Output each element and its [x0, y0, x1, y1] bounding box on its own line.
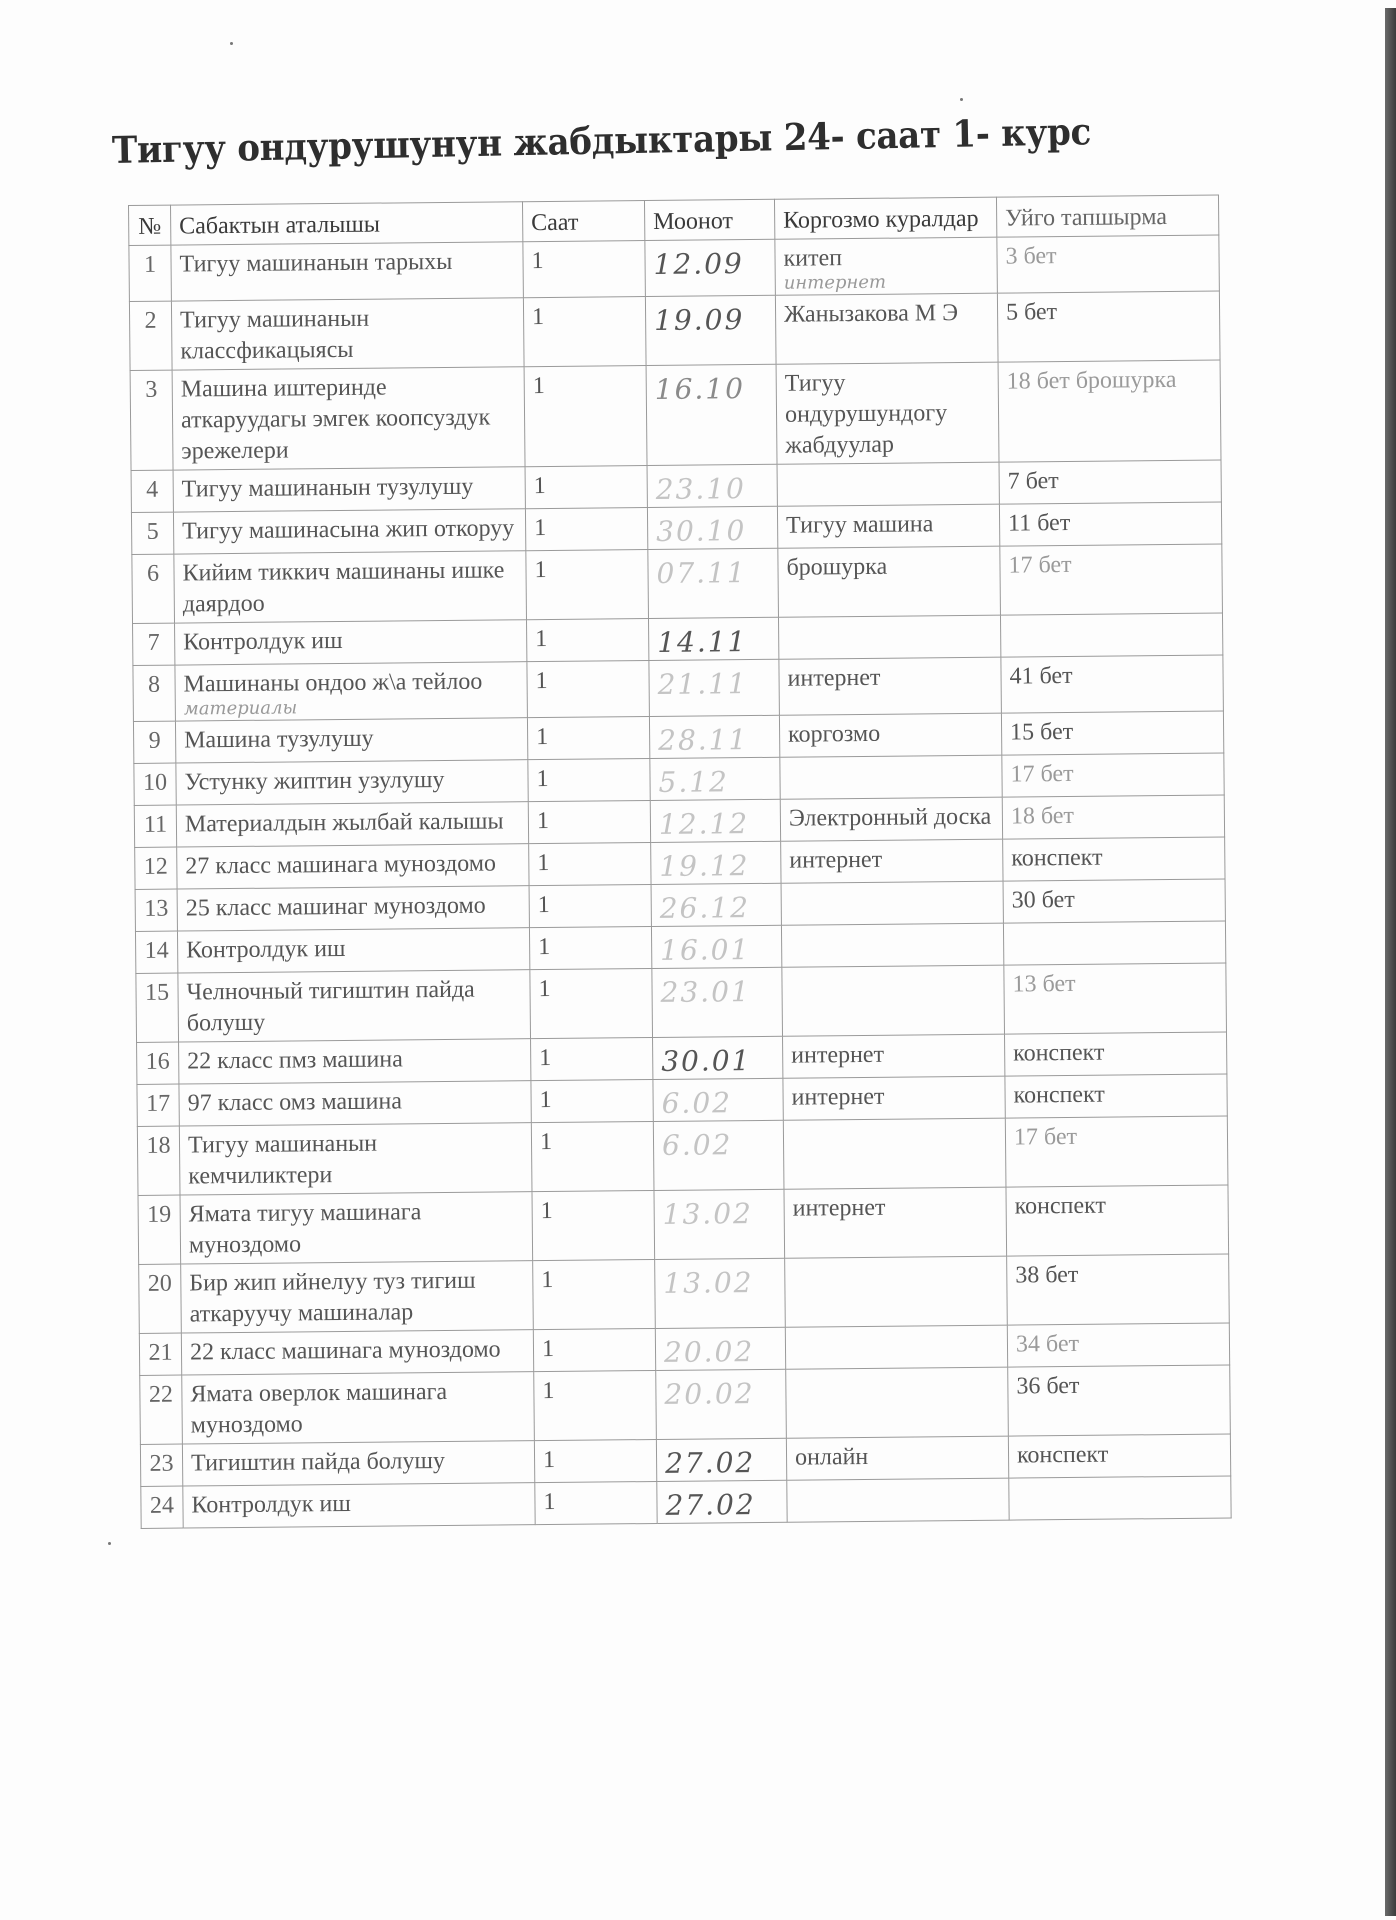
row-number-text: 2 [144, 308, 156, 334]
homework: 11 бет [999, 502, 1221, 546]
homework: 13 бет [1004, 963, 1227, 1034]
visual-aids-text: китеп [783, 245, 842, 272]
header-visual-aids: Коргозмо куралдар [774, 197, 996, 239]
lesson-title: Тигуу машинанын тарыхы [171, 242, 524, 301]
homework: 41 бет [1001, 655, 1224, 713]
lesson-title: Ямата тигуу машинага муноздомо [180, 1192, 533, 1264]
homework: 7 бет [999, 460, 1221, 504]
homework-text: конспект [1015, 1193, 1107, 1220]
homework: 3 бет [997, 235, 1220, 293]
row-number: 18 [137, 1126, 180, 1195]
lesson-hours: 1 [534, 1439, 656, 1482]
row-number: 5 [131, 512, 173, 554]
homework-text: 3 бет [1005, 243, 1056, 269]
visual-aids [786, 1367, 1009, 1438]
lesson-hours-text: 1 [536, 724, 548, 750]
lesson-hours: 1 [528, 801, 650, 844]
visual-aids-text: Жанызакова М Э [784, 300, 958, 328]
homework: 5 бет [997, 291, 1220, 362]
lesson-title: Ямата оверлок машинага муноздомо [182, 1372, 535, 1444]
row-number-text: 3 [145, 377, 157, 403]
visual-aids: интернет [784, 1187, 1007, 1258]
lesson-hours-text: 1 [543, 1447, 555, 1473]
lesson-title: 25 класс машинаг муноздомо [177, 886, 529, 931]
row-number: 8 [133, 665, 176, 721]
lesson-hours-text: 1 [532, 304, 544, 330]
visual-aids-text: интернет [789, 847, 882, 874]
visual-aids: коргозмо [779, 713, 1001, 757]
lesson-title: Кийим тиккич машинаны ишке даярдоо [174, 551, 527, 623]
lesson-title: Контролдук иш [183, 1483, 535, 1528]
scan-speck [230, 42, 233, 45]
homework [1009, 1476, 1231, 1520]
homework-text: 13 бет [1012, 971, 1075, 998]
homework [1003, 921, 1225, 965]
visual-aids: Тигуу ондурушундогу жабдуулар [776, 362, 999, 464]
lesson-hours-text: 1 [535, 626, 547, 652]
homework-text: 18 бет брошурка [1007, 367, 1177, 395]
lesson-hours: 1 [529, 885, 651, 928]
homework-text: 34 бет [1016, 1331, 1079, 1358]
row-number-text: 6 [147, 561, 159, 587]
homework-text: 7 бет [1008, 468, 1059, 494]
lesson-hours: 1 [531, 1121, 654, 1191]
handwritten-date-text: 23.01 [660, 975, 750, 1009]
lesson-title-text: Контролдук иш [186, 936, 346, 964]
lesson-title-text: Бир жип ийнелуу туз тигиш аткаруучу маши… [189, 1268, 475, 1328]
lesson-hours: 1 [533, 1259, 656, 1329]
handwritten-date-text: 26.12 [660, 891, 750, 925]
handwritten-date-text: 13.02 [663, 1197, 753, 1231]
table-row: 15Челночный тигиштин пайда болушу123.011… [136, 963, 1227, 1042]
lesson-hours: 1 [529, 927, 651, 970]
lesson-title-text: Машина тузулушу [184, 726, 374, 754]
visual-aids: онлайн [786, 1436, 1008, 1480]
handwritten-date: 20.02 [656, 1369, 787, 1439]
homework-text: 30 бет [1012, 887, 1075, 914]
lesson-hours-text: 1 [537, 850, 549, 876]
visual-aids-text: интернет [791, 1084, 884, 1111]
row-number-text: 1 [144, 252, 156, 278]
handwritten-note: интернет [784, 273, 989, 293]
lesson-hours-text: 1 [534, 515, 546, 541]
header-lesson-title: Сабактын аталышы [171, 202, 523, 245]
visual-aids-text: Электронный доска [789, 804, 992, 832]
lesson-title: Тигуу машинанын кемчиликтери [179, 1123, 532, 1195]
row-number-text: 7 [148, 630, 160, 656]
lesson-hours-text: 1 [534, 473, 546, 499]
lesson-title: 97 класс омз машина [179, 1081, 531, 1126]
scan-speck [960, 98, 963, 101]
lesson-hours-text: 1 [535, 668, 547, 694]
handwritten-date-text: 27.02 [665, 1488, 755, 1522]
visual-aids [785, 1325, 1007, 1369]
handwritten-date: 30.10 [647, 506, 777, 549]
homework: 36 бет [1008, 1365, 1231, 1436]
row-number-text: 17 [146, 1091, 170, 1117]
handwritten-date: 14.11 [648, 617, 778, 660]
lesson-title-text: Тигуу машинанын классфикацыясы [180, 306, 369, 365]
handwritten-date-text: 30.01 [661, 1044, 751, 1078]
homework: 30 бет [1003, 879, 1225, 923]
lesson-hours-text: 1 [538, 976, 550, 1002]
table-row: 6Кийим тиккич машинаны ишке даярдоо107.1… [132, 544, 1223, 623]
handwritten-date-text: 16.10 [655, 372, 745, 406]
handwritten-date-text: 12.09 [653, 247, 743, 281]
homework-text: 41 бет [1009, 663, 1072, 690]
handwritten-date: 6.02 [653, 1078, 783, 1121]
lesson-hours-text: 1 [542, 1336, 554, 1362]
lesson-title: Контролдук иш [175, 620, 527, 665]
visual-aids-text: онлайн [795, 1444, 868, 1471]
lesson-hours-text: 1 [538, 892, 550, 918]
handwritten-date-text: 5.12 [658, 765, 729, 799]
handwritten-date: 30.01 [653, 1036, 783, 1079]
document-title: Тигуу ондурушунун жабдыктары 24- саат 1-… [112, 109, 1092, 172]
handwritten-date-text: 19.09 [654, 303, 744, 337]
visual-aids [780, 755, 1002, 799]
row-number: 6 [132, 554, 175, 623]
handwritten-date-text: 07.11 [656, 556, 746, 590]
row-number: 9 [133, 721, 175, 763]
visual-aids-text: интернет [787, 665, 880, 692]
lesson-title: Челночный тигиштин пайда болушу [178, 970, 531, 1042]
lesson-title-text: Тигуу машинанын тарыхы [179, 249, 452, 278]
row-number: 4 [131, 470, 173, 512]
row-number: 22 [140, 1375, 183, 1444]
lesson-hours: 1 [532, 1190, 655, 1260]
visual-aids [777, 462, 999, 506]
row-number: 20 [139, 1264, 182, 1333]
handwritten-date: 6.02 [653, 1120, 784, 1190]
homework: конспект [1008, 1434, 1230, 1478]
handwritten-date-text: 16.01 [660, 933, 750, 967]
handwritten-date: 27.02 [656, 1438, 786, 1481]
row-number: 17 [137, 1084, 179, 1126]
lesson-plan-table: № Сабактын аталышы Саат Моонот Коргозмо … [128, 195, 1232, 1529]
row-number: 10 [134, 763, 176, 805]
row-number: 13 [135, 889, 177, 931]
visual-aids [782, 965, 1005, 1036]
lesson-hours: 1 [531, 1080, 653, 1123]
handwritten-date: 26.12 [651, 883, 781, 926]
row-number: 3 [130, 370, 173, 470]
lesson-hours-text: 1 [539, 1087, 551, 1113]
lesson-hours: 1 [531, 1038, 653, 1081]
row-number-text: 23 [149, 1451, 173, 1477]
lesson-title-text: Тигуу машинанын кемчиликтери [188, 1131, 377, 1190]
handwritten-date-text: 20.02 [664, 1377, 754, 1411]
lesson-hours: 1 [533, 1328, 655, 1371]
homework-text: 17 бет [1008, 552, 1071, 579]
handwritten-date-text: 30.10 [656, 514, 746, 548]
homework: 18 бет брошурка [998, 360, 1221, 462]
lesson-title: Материалдын жылбай калышы [176, 802, 528, 847]
lesson-title-text: 22 класс машинага муноздомо [190, 1336, 501, 1365]
lesson-title-text: Тигуу машинасына жип откоруу [182, 515, 514, 544]
row-number: 24 [141, 1486, 183, 1528]
lesson-title: Тигиштин пайда болушу [182, 1441, 534, 1486]
handwritten-note: материалы [184, 697, 519, 718]
lesson-title-text: Контролдук иш [183, 628, 343, 656]
lesson-title-text: 27 класс машинага муноздомо [185, 850, 496, 879]
row-number-text: 5 [147, 519, 159, 545]
lesson-hours-text: 1 [539, 1045, 551, 1071]
handwritten-date: 19.12 [651, 841, 781, 884]
homework [1000, 613, 1222, 657]
handwritten-date-text: 12.12 [659, 807, 749, 841]
lesson-hours-text: 1 [541, 1267, 553, 1293]
handwritten-date-text: 14.11 [657, 625, 747, 659]
homework-text: 17 бет [1010, 761, 1073, 788]
visual-aids [781, 923, 1003, 967]
row-number-text: 12 [144, 854, 168, 880]
lesson-title-text: Тигуу машинанын тузулушу [182, 474, 474, 503]
homework: конспект [1004, 1032, 1226, 1076]
visual-aids-text: интернет [791, 1042, 884, 1069]
table-row: 8Машинаны ондоо ж\а тейлооматериалы121.1… [133, 655, 1223, 721]
row-number-text: 15 [145, 980, 169, 1006]
handwritten-date: 20.02 [655, 1327, 785, 1370]
lesson-title-text: Ямата оверлок машинага муноздомо [190, 1379, 447, 1438]
table-row: 3Машина иштеринде аткаруудагы эмгек кооп… [130, 360, 1221, 470]
visual-aids-text: Тигуу ондурушундогу жабдуулар [785, 370, 948, 459]
visual-aids [783, 1118, 1006, 1189]
handwritten-date: 5.12 [650, 757, 780, 800]
homework: конспект [1003, 837, 1225, 881]
row-number: 23 [140, 1444, 182, 1486]
lesson-title-text: Материалдын жылбай калышы [185, 808, 504, 837]
lesson-hours-text: 1 [540, 1129, 552, 1155]
homework-text: 5 бет [1006, 299, 1057, 325]
handwritten-date-text: 23.10 [656, 472, 746, 506]
lesson-title: Машинаны ондоо ж\а тейлооматериалы [175, 662, 528, 721]
handwritten-date-text: 13.02 [663, 1266, 753, 1300]
table-row: 18Тигуу машинанын кемчиликтери16.0217 бе… [137, 1116, 1228, 1195]
row-number-text: 4 [146, 477, 158, 503]
row-number-text: 19 [147, 1202, 171, 1228]
handwritten-date: 07.11 [648, 548, 779, 618]
handwritten-date-text: 20.02 [664, 1335, 754, 1369]
visual-aids [787, 1478, 1009, 1522]
row-number: 7 [133, 623, 175, 665]
row-number-text: 20 [148, 1271, 172, 1297]
lesson-title-text: Ямата тигуу машинага муноздомо [189, 1199, 422, 1258]
lesson-hours-text: 1 [541, 1198, 553, 1224]
homework-text: конспект [1013, 1040, 1105, 1067]
lesson-title-text: Тигиштин пайда болушу [191, 1448, 445, 1476]
homework-text: 38 бет [1015, 1262, 1078, 1289]
handwritten-date-text: 27.02 [665, 1446, 755, 1480]
row-number: 2 [129, 301, 172, 370]
homework: 17 бет [1005, 1116, 1228, 1187]
homework: 17 бет [1002, 753, 1224, 797]
homework: 15 бет [1001, 711, 1223, 755]
lesson-title-text: Кийим тиккич машинаны ишке даярдоо [182, 557, 504, 617]
visual-aids-text: интернет [793, 1195, 886, 1222]
handwritten-date: 23.01 [652, 967, 783, 1037]
table-row: 20Бир жип ийнелуу туз тигиш аткаруучу ма… [139, 1254, 1230, 1333]
row-number-text: 18 [146, 1133, 170, 1159]
visual-aids [785, 1256, 1008, 1327]
row-number-text: 21 [148, 1340, 172, 1366]
lesson-title: Машина тузулушу [175, 718, 527, 763]
row-number-text: 8 [148, 672, 160, 698]
row-number: 16 [137, 1042, 179, 1084]
visual-aids: брошурка [778, 546, 1001, 617]
table-row: 1Тигуу машинанын тарыхы112.09китепинтерн… [129, 235, 1219, 301]
lesson-title: 27 класс машинага муноздомо [177, 844, 529, 889]
lesson-title-text: Устунку жиптин узулушу [184, 767, 444, 795]
row-number: 19 [138, 1195, 181, 1264]
row-number: 21 [139, 1333, 181, 1375]
homework-text: конспект [1017, 1442, 1109, 1469]
row-number-text: 13 [144, 896, 168, 922]
lesson-hours: 1 [527, 717, 649, 760]
lesson-hours: 1 [523, 297, 646, 367]
row-number-text: 22 [149, 1382, 173, 1408]
lesson-title: Тигуу машинанын классфикацыясы [171, 298, 524, 370]
row-number: 11 [134, 805, 176, 847]
row-number-text: 16 [146, 1049, 170, 1075]
row-number: 1 [129, 245, 172, 301]
lesson-hours-text: 1 [538, 934, 550, 960]
lesson-title-text: Машинаны ондоо ж\а тейлоо [183, 669, 482, 698]
lesson-hours: 1 [530, 969, 653, 1039]
lesson-hours: 1 [528, 759, 650, 802]
visual-aids-text: Тигуу машина [786, 511, 933, 538]
handwritten-date: 16.01 [651, 925, 781, 968]
homework-text: 17 бет [1014, 1124, 1077, 1151]
lesson-title: Контролдук иш [177, 928, 529, 973]
lesson-hours: 1 [525, 466, 647, 509]
handwritten-date-text: 28.11 [658, 723, 748, 757]
lesson-hours: 1 [523, 241, 646, 298]
homework-text: 36 бет [1016, 1373, 1079, 1400]
homework: 34 бет [1007, 1323, 1229, 1367]
lesson-hours: 1 [527, 661, 650, 718]
handwritten-date-text: 6.02 [661, 1086, 732, 1120]
homework: 38 бет [1007, 1254, 1230, 1325]
handwritten-date: 19.09 [645, 295, 776, 365]
lesson-hours-text: 1 [536, 766, 548, 792]
lesson-hours: 1 [535, 1481, 657, 1524]
lesson-hours: 1 [524, 366, 647, 467]
visual-aids: Электронный доска [780, 797, 1002, 841]
visual-aids: интернет [783, 1076, 1005, 1120]
row-number-text: 10 [143, 770, 167, 796]
row-number-text: 11 [144, 812, 167, 838]
lesson-hours-text: 1 [542, 1378, 554, 1404]
lesson-hours: 1 [525, 508, 647, 551]
visual-aids: Тигуу машина [777, 504, 999, 548]
handwritten-date: 13.02 [655, 1258, 786, 1328]
handwritten-date-text: 19.12 [659, 849, 749, 883]
lesson-title: Тигуу машинасына жип откоруу [173, 509, 525, 554]
row-number-text: 14 [145, 938, 169, 964]
handwritten-date: 12.09 [645, 239, 776, 296]
homework-text: конспект [1011, 845, 1103, 872]
homework: конспект [1006, 1185, 1229, 1256]
handwritten-date: 23.10 [647, 464, 777, 507]
lesson-hours: 1 [526, 619, 648, 662]
visual-aids: интернет [783, 1034, 1005, 1078]
lesson-hours: 1 [529, 843, 651, 886]
table-row: 22Ямата оверлок машинага муноздомо120.02… [140, 1365, 1231, 1444]
header-number: № [129, 205, 171, 245]
row-number: 15 [136, 973, 179, 1042]
lesson-title-text: 97 класс омз машина [188, 1088, 403, 1116]
lesson-hours-text: 1 [543, 1489, 555, 1515]
homework-text: конспект [1013, 1082, 1105, 1109]
table-row: 2Тигуу машинанын классфикацыясы119.09Жан… [129, 291, 1220, 370]
visual-aids [781, 881, 1003, 925]
lesson-hours: 1 [526, 550, 649, 620]
lesson-title-text: 25 класс машинаг муноздомо [186, 893, 486, 922]
row-number: 14 [135, 931, 177, 973]
lesson-hours-text: 1 [533, 373, 545, 399]
homework: 18 бет [1002, 795, 1224, 839]
lesson-hours-text: 1 [534, 557, 546, 583]
lesson-title: 22 класс пмз машина [179, 1039, 531, 1084]
row-number-text: 24 [150, 1493, 174, 1519]
handwritten-date-text: 6.02 [662, 1128, 733, 1162]
handwritten-date: 12.12 [650, 799, 780, 842]
lesson-plan-sheet: № Сабактын аталышы Саат Моонот Коргозмо … [128, 195, 1231, 1529]
homework: конспект [1005, 1074, 1227, 1118]
visual-aids-text: коргозмо [788, 721, 880, 748]
lesson-title: Машина иштеринде аткаруудагы эмгек коопс… [172, 367, 525, 470]
handwritten-date: 21.11 [649, 659, 780, 716]
handwritten-date: 13.02 [654, 1189, 785, 1259]
header-date: Моонот [644, 199, 774, 240]
visual-aids [778, 615, 1000, 659]
lesson-title-text: 22 класс пмз машина [187, 1046, 403, 1074]
lesson-title: Устунку жиптин узулушу [176, 760, 528, 805]
lesson-hours-text: 1 [531, 248, 543, 274]
row-number-text: 9 [149, 728, 161, 754]
lesson-title-text: Машина иштеринде аткаруудагы эмгек коопс… [181, 375, 491, 465]
visual-aids-text: брошурка [786, 554, 887, 581]
homework: 17 бет [1000, 544, 1223, 615]
lesson-title: Бир жип ийнелуу туз тигиш аткаруучу маши… [181, 1261, 534, 1333]
row-number: 12 [135, 847, 177, 889]
lesson-hours-text: 1 [537, 808, 549, 834]
handwritten-date: 27.02 [657, 1480, 787, 1523]
lesson-title-text: Контролдук иш [191, 1491, 351, 1519]
homework-text: 15 бет [1010, 719, 1073, 746]
lesson-title: Тигуу машинанын тузулушу [173, 467, 525, 512]
table-body: 1Тигуу машинанын тарыхы112.09китепинтерн… [129, 235, 1231, 1528]
homework-text: 18 бет [1011, 803, 1074, 830]
lesson-title-text: Челночный тигиштин пайда болушу [186, 977, 474, 1037]
handwritten-date: 28.11 [649, 715, 779, 758]
visual-aids: Жанызакова М Э [775, 293, 998, 364]
header-homework: Уйго тапшырма [996, 195, 1218, 237]
handwritten-date-text: 21.11 [657, 667, 747, 701]
scan-speck [108, 1542, 111, 1545]
lesson-title: 22 класс машинага муноздомо [181, 1330, 533, 1375]
table-row: 19Ямата тигуу машинага муноздомо113.02ин… [138, 1185, 1229, 1264]
visual-aids: китепинтернет [775, 237, 998, 295]
scan-edge-shadow [1385, 8, 1396, 1916]
header-hours: Саат [522, 201, 644, 242]
visual-aids: интернет [781, 839, 1003, 883]
handwritten-date: 16.10 [646, 364, 777, 465]
lesson-hours: 1 [534, 1370, 657, 1440]
visual-aids: интернет [779, 657, 1002, 715]
homework-text: 11 бет [1008, 510, 1070, 537]
